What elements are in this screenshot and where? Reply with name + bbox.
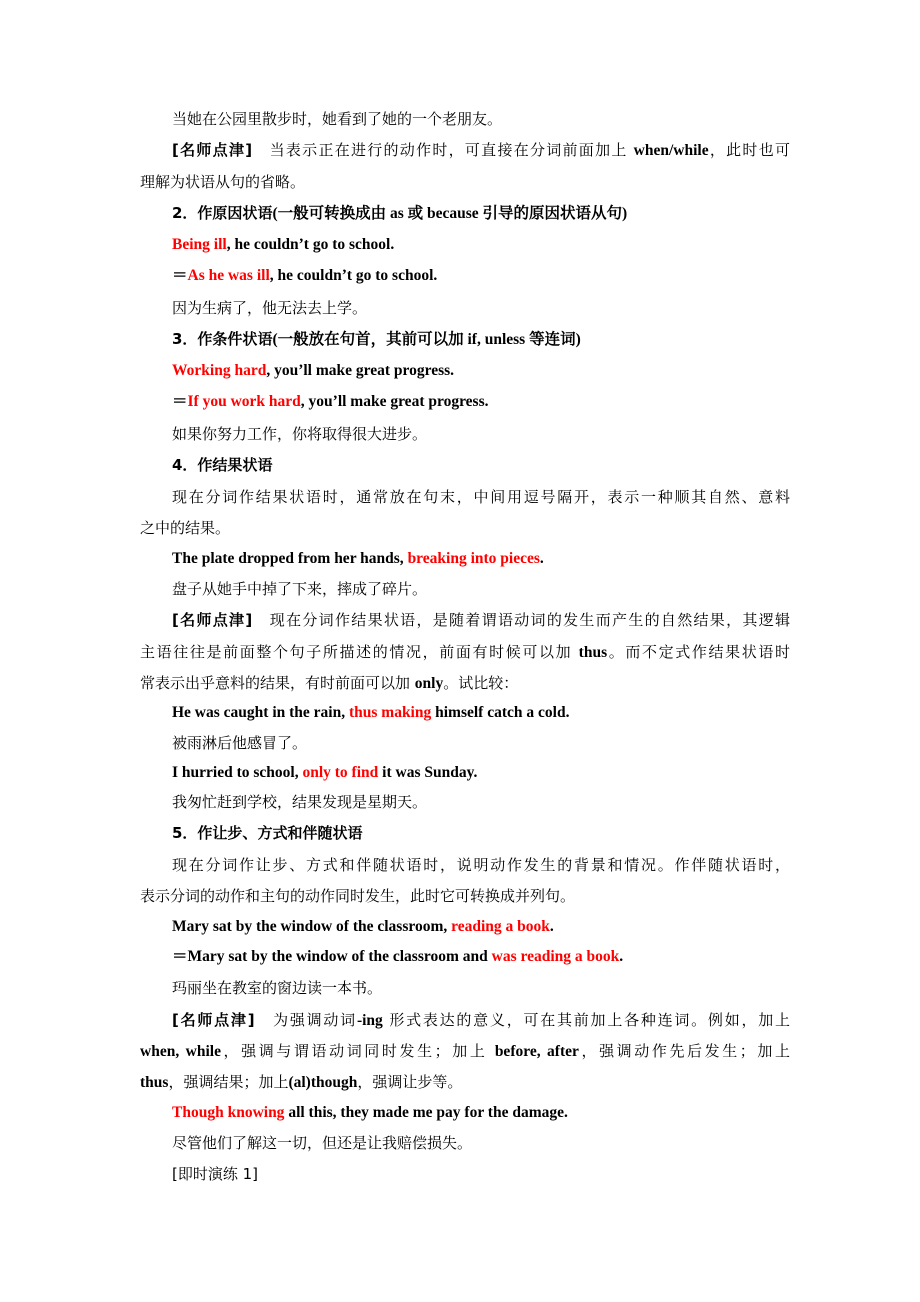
text-span: , you’ll make great progress. bbox=[301, 393, 489, 410]
text-line: 之中的结果。 bbox=[140, 517, 790, 540]
text-span: 形式表达的意义，可在其前加上各种连词。例如，加上 bbox=[383, 1011, 790, 1029]
text-line: when, while，强调与谓语动词同时发生；加上 before, after… bbox=[140, 1040, 790, 1063]
text-span: 当她在公园里散步时，她看到了她的一个老朋友。 bbox=[172, 110, 502, 128]
text-line: 玛丽坐在教室的窗边读一本书。 bbox=[172, 977, 790, 1000]
text-line: ＝If you work hard, you’ll make great pro… bbox=[172, 391, 790, 413]
highlighted-phrase: was reading a book bbox=[492, 948, 620, 965]
text-line: [即时演练 1] bbox=[172, 1163, 790, 1186]
text-span: only bbox=[415, 675, 443, 692]
text-span: thus bbox=[579, 644, 607, 661]
text-span: He was caught in the rain, bbox=[172, 704, 349, 721]
text-line: 2．作原因状语(一般可转换成由 as 或 because 引导的原因状语从句) bbox=[172, 202, 790, 225]
text-line: 主语往往是前面整个句子所描述的情况，前面有时候可以加 thus。而不定式作结果状… bbox=[140, 641, 790, 664]
text-line: 现在分词作让步、方式和伴随状语时，说明动作发生的背景和情况。作伴随状语时， bbox=[172, 854, 790, 877]
text-line: 盘子从她手中掉了下来，摔成了碎片。 bbox=[172, 578, 790, 601]
text-line: The plate dropped from her hands, breaki… bbox=[172, 548, 790, 570]
text-span: 常表示出乎意料的结果，有时前面可以加 bbox=[140, 674, 415, 692]
text-span: when/while bbox=[634, 142, 709, 159]
text-span: 玛丽坐在教室的窗边读一本书。 bbox=[172, 979, 382, 997]
text-span: 我匆忙赶到学校，结果发现是星期天。 bbox=[172, 793, 427, 811]
text-span: 3．作条件状语 bbox=[172, 330, 272, 348]
text-span: (一般放在句首，其前可以加 if, unless 等连词) bbox=[272, 331, 580, 348]
text-line: 尽管他们了解这一切，但还是让我赔偿损失。 bbox=[172, 1132, 790, 1155]
text-span: ＝Mary sat by the window of the classroom… bbox=[172, 948, 492, 965]
highlighted-phrase: reading a book bbox=[451, 918, 550, 935]
text-span: . bbox=[540, 550, 544, 567]
text-line: 表示分词的动作和主句的动作同时发生，此时它可转换成并列句。 bbox=[140, 885, 790, 908]
text-span: ＝ bbox=[172, 267, 188, 284]
highlighted-phrase: Being ill bbox=[172, 236, 227, 253]
text-span: ，强调让步等。 bbox=[357, 1073, 462, 1091]
note-label: [名师点津] bbox=[172, 611, 252, 629]
highlighted-phrase: Though knowing bbox=[172, 1104, 284, 1121]
text-span: 现在分词作结果状语，是随着谓语动词的发生而产生的自然结果，其逻辑 bbox=[252, 611, 790, 629]
note-label: [名师点津] bbox=[172, 1011, 255, 1029]
text-line: 我匆忙赶到学校，结果发现是星期天。 bbox=[172, 791, 790, 814]
text-span: 因为生病了，他无法去上学。 bbox=[172, 299, 367, 317]
text-line: Though knowing all this, they made me pa… bbox=[172, 1102, 790, 1124]
document-page: 当她在公园里散步时，她看到了她的一个老朋友。[名师点津] 当表示正在进行的动作时… bbox=[0, 0, 920, 1302]
text-span: it was Sunday. bbox=[378, 764, 477, 781]
text-span: before, after bbox=[495, 1043, 579, 1060]
text-span: 。而不定式作结果状语时 bbox=[607, 643, 790, 661]
text-span: I hurried to school, bbox=[172, 764, 302, 781]
text-line: [名师点津] 当表示正在进行的动作时，可直接在分词前面加上 when/while… bbox=[172, 139, 790, 162]
text-line: Working hard, you’ll make great progress… bbox=[172, 360, 790, 382]
text-line: 4．作结果状语 bbox=[172, 454, 790, 477]
text-span: 现在分词作让步、方式和伴随状语时，说明动作发生的背景和情况。作伴随状语时， bbox=[172, 856, 790, 874]
text-span: (al)though bbox=[288, 1074, 357, 1091]
text-line: 3．作条件状语(一般放在句首，其前可以加 if, unless 等连词) bbox=[172, 328, 790, 351]
text-line: 5．作让步、方式和伴随状语 bbox=[172, 822, 790, 845]
text-span: thus bbox=[140, 1074, 168, 1091]
text-span: 尽管他们了解这一切，但还是让我赔偿损失。 bbox=[172, 1134, 472, 1152]
highlighted-phrase: Working hard bbox=[172, 362, 266, 379]
text-span: 5．作让步、方式和伴随状语 bbox=[172, 824, 362, 842]
text-span: ，强调与谓语动词同时发生；加上 bbox=[221, 1042, 495, 1060]
highlighted-phrase: As he was ill bbox=[188, 267, 270, 284]
highlighted-phrase: only to find bbox=[302, 764, 378, 781]
text-span: 表示分词的动作和主句的动作同时发生，此时它可转换成并列句。 bbox=[140, 887, 575, 905]
text-span: , he couldn’t go to school. bbox=[270, 267, 438, 284]
highlighted-phrase: thus making bbox=[349, 704, 431, 721]
text-span: 主语往往是前面整个句子所描述的情况，前面有时候可以加 bbox=[140, 643, 579, 661]
text-line: 常表示出乎意料的结果，有时前面可以加 only。试比较： bbox=[140, 672, 790, 695]
text-line: 如果你努力工作，你将取得很大进步。 bbox=[172, 423, 790, 446]
text-span: [即时演练 1] bbox=[172, 1165, 258, 1183]
text-span: ，强调结果；加上 bbox=[168, 1073, 288, 1091]
text-line: 被雨淋后他感冒了。 bbox=[172, 732, 790, 755]
text-line: He was caught in the rain, thus making h… bbox=[172, 702, 790, 724]
text-span: 现在分词作结果状语时，通常放在句末，中间用逗号隔开，表示一种顺其自然、意料 bbox=[172, 488, 790, 506]
text-span: ，此时也可 bbox=[709, 141, 790, 159]
text-span: , you’ll make great progress. bbox=[266, 362, 454, 379]
text-span: -ing bbox=[357, 1012, 383, 1029]
text-line: thus，强调结果；加上(al)though，强调让步等。 bbox=[140, 1071, 790, 1094]
text-line: Being ill, he couldn’t go to school. bbox=[172, 234, 790, 256]
text-span: 2．作原因状语 bbox=[172, 204, 272, 222]
text-span: ＝ bbox=[172, 393, 188, 410]
text-line: I hurried to school, only to find it was… bbox=[172, 762, 790, 784]
text-span: Mary sat by the window of the classroom, bbox=[172, 918, 451, 935]
text-span: 4．作结果状语 bbox=[172, 456, 272, 474]
text-span: The plate dropped from her hands, bbox=[172, 550, 408, 567]
text-span: 。试比较： bbox=[443, 674, 518, 692]
text-span: . bbox=[619, 948, 623, 965]
text-line: Mary sat by the window of the classroom,… bbox=[172, 916, 790, 938]
text-span: ，强调动作先后发生；加上 bbox=[579, 1042, 790, 1060]
text-span: 理解为状语从句的省略。 bbox=[140, 173, 305, 191]
text-line: 因为生病了，他无法去上学。 bbox=[172, 297, 790, 320]
text-line: [名师点津] 现在分词作结果状语，是随着谓语动词的发生而产生的自然结果，其逻辑 bbox=[172, 609, 790, 632]
highlighted-phrase: breaking into pieces bbox=[408, 550, 540, 567]
highlighted-phrase: If you work hard bbox=[188, 393, 301, 410]
text-line: ＝Mary sat by the window of the classroom… bbox=[172, 946, 790, 968]
note-label: [名师点津] bbox=[172, 141, 252, 159]
text-line: 现在分词作结果状语时，通常放在句末，中间用逗号隔开，表示一种顺其自然、意料 bbox=[172, 486, 790, 509]
text-line: 当她在公园里散步时，她看到了她的一个老朋友。 bbox=[172, 108, 790, 131]
text-line: ＝As he was ill, he couldn’t go to school… bbox=[172, 265, 790, 287]
text-span: (一般可转换成由 as 或 because 引导的原因状语从句) bbox=[272, 205, 627, 222]
text-span: when, while bbox=[140, 1043, 221, 1060]
text-line: [名师点津] 为强调动词-ing 形式表达的意义，可在其前加上各种连词。例如，加… bbox=[172, 1009, 790, 1032]
text-span: 盘子从她手中掉了下来，摔成了碎片。 bbox=[172, 580, 427, 598]
text-span: 为强调动词 bbox=[255, 1011, 357, 1029]
text-line: 理解为状语从句的省略。 bbox=[140, 171, 790, 194]
text-span: 当表示正在进行的动作时，可直接在分词前面加上 bbox=[252, 141, 634, 159]
text-span: all this, they made me pay for the damag… bbox=[284, 1104, 567, 1121]
text-span: 被雨淋后他感冒了。 bbox=[172, 734, 307, 752]
text-span: 如果你努力工作，你将取得很大进步。 bbox=[172, 425, 427, 443]
text-span: 之中的结果。 bbox=[140, 519, 230, 537]
text-span: . bbox=[550, 918, 554, 935]
text-span: , he couldn’t go to school. bbox=[227, 236, 395, 253]
text-span: himself catch a cold. bbox=[431, 704, 569, 721]
